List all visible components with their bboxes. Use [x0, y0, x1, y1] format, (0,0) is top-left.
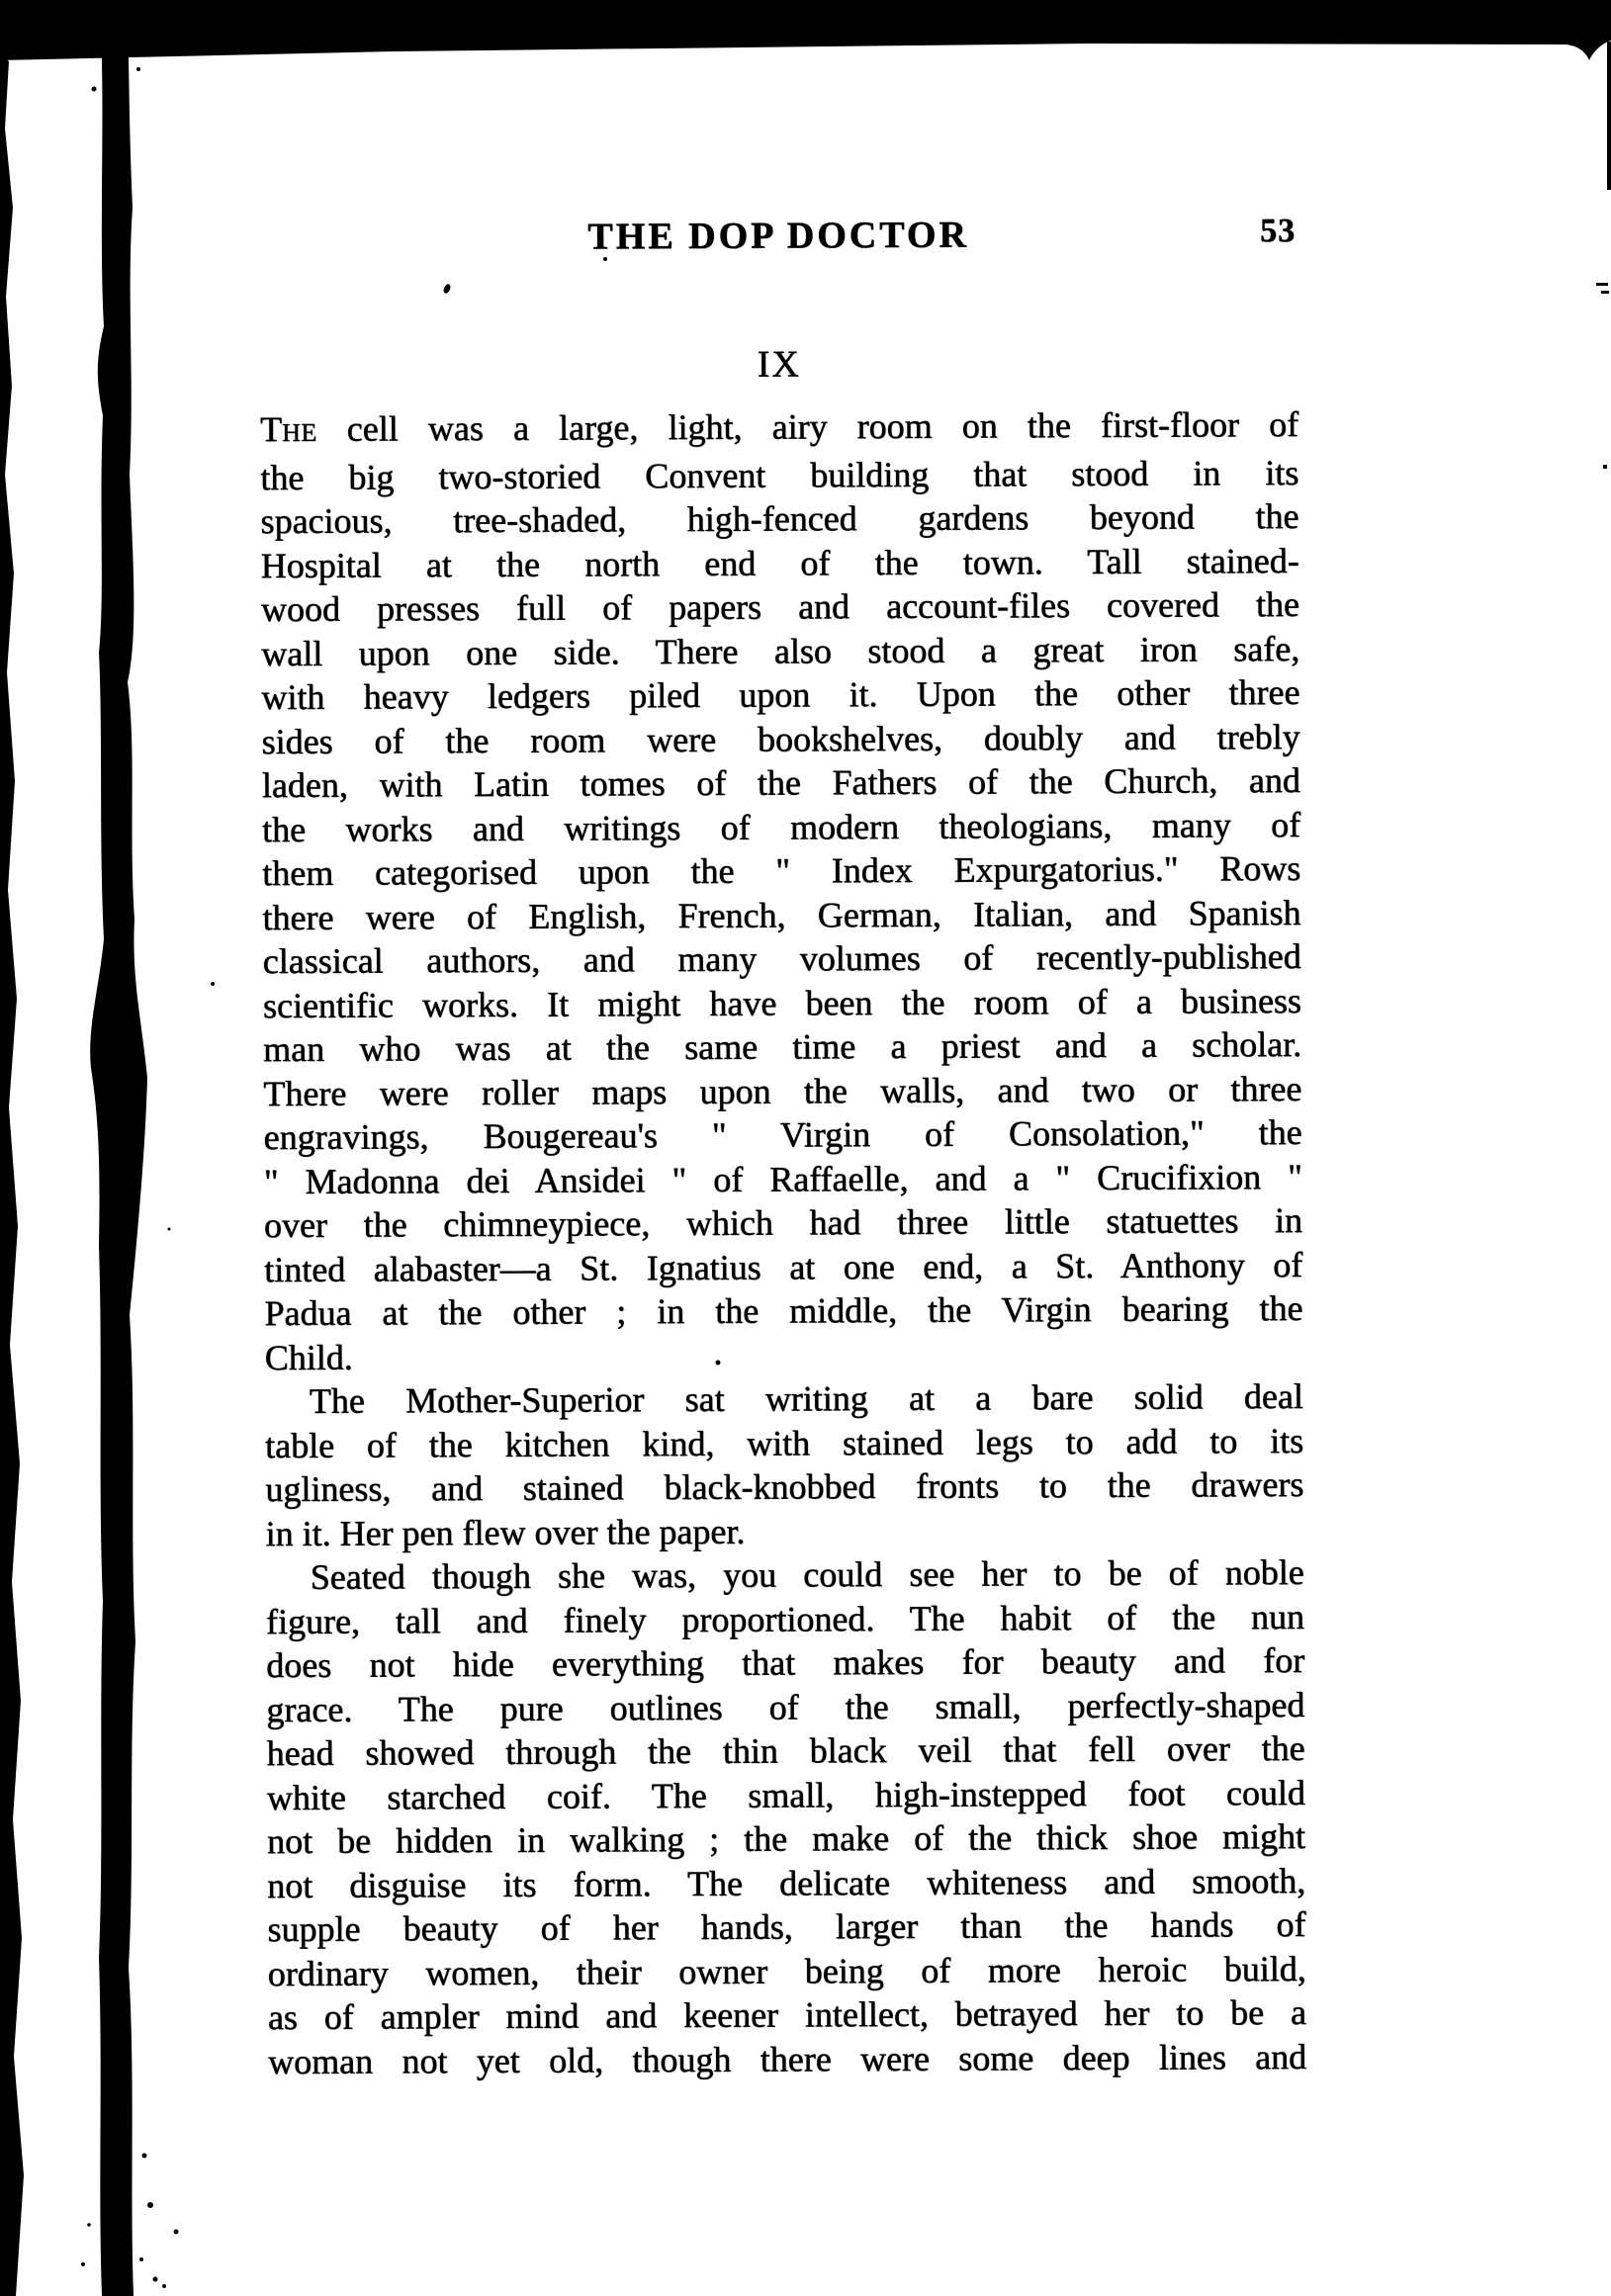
text-line: white starched coif. The small, high-ins… — [267, 1770, 1305, 1819]
scan-gutter-shadow — [90, 32, 147, 2296]
page-content: THE DOP DOCTOR 53 IX THE cell was a larg… — [258, 0, 1307, 2296]
page-number: 53 — [1260, 213, 1296, 250]
text-line: The Mother-Superior sat writing at a bar… — [265, 1374, 1303, 1424]
text-line: " Madonna dei Ansidei " of Raffaelle, an… — [264, 1154, 1302, 1203]
scanned-book-page: THE DOP DOCTOR 53 IX THE cell was a larg… — [0, 0, 1611, 2296]
text-line: table of the kitchen kind, with stained … — [265, 1418, 1303, 1467]
text-line: grace. The pure outlines of the small, p… — [266, 1682, 1304, 1731]
text-line: engravings, Bougereau's " Virgin of Cons… — [263, 1110, 1301, 1160]
text-line: the works and writings of modern theolog… — [262, 802, 1300, 851]
text-line: over the chimneypiece, which had three l… — [264, 1198, 1302, 1248]
text-line: ugliness, and stained black-knobbed fron… — [265, 1462, 1303, 1512]
text-line: woman not yet old, though there were som… — [268, 2034, 1306, 2083]
running-header: THE DOP DOCTOR 53 — [259, 212, 1298, 266]
text-line: Hospital at the north end of the town. T… — [261, 538, 1299, 587]
text-line: spacious, tree-shaded, high-fenced garde… — [260, 494, 1298, 544]
text-line: figure, tall and finely proportioned. Th… — [266, 1594, 1304, 1643]
running-header-title: THE DOP DOCTOR — [587, 214, 969, 259]
text-line: in it. Her pen flew over the paper. — [265, 1506, 1303, 1555]
text-line: classical authors, and many volumes of r… — [263, 934, 1301, 984]
text-line: supple beauty of her hands, larger than … — [267, 1902, 1305, 1952]
text-line: not be hidden in walking ; the make of t… — [267, 1814, 1305, 1864]
text-line: head showed through the thin black veil … — [266, 1726, 1304, 1776]
text-line: laden, with Latin tomes of the Fathers o… — [262, 758, 1300, 808]
smallcaps-lead-word: THE — [260, 409, 317, 449]
body-text: THE cell was a large, light, airy room o… — [260, 402, 1306, 2083]
text-line: wood presses full of papers and account-… — [261, 582, 1299, 632]
scan-right-edge-line — [1607, 42, 1611, 190]
text-line: sides of the room were bookshelves, doub… — [261, 714, 1299, 763]
text-line: ordinary women, their owner being of mor… — [268, 1946, 1306, 1995]
scan-left-edge — [0, 55, 24, 2296]
chapter-heading: IX — [260, 340, 1298, 389]
text-line: scientific works. It might have been the… — [263, 978, 1301, 1027]
text-line: THE cell was a large, light, airy room o… — [260, 402, 1298, 456]
text-line: the big two-storied Convent building tha… — [260, 450, 1298, 499]
scan-speckles — [81, 67, 166, 2288]
text-line: Child. — [265, 1330, 1303, 1379]
text-line: There were roller maps upon the walls, a… — [263, 1066, 1301, 1115]
text-line: not disguise its form. The delicate whit… — [267, 1858, 1305, 1907]
text-line: Seated though she was, you could see her… — [266, 1550, 1304, 1600]
text-line: does not hide everything that makes for … — [266, 1638, 1304, 1688]
text-line: tinted alabaster—a St. Ignatius at one e… — [264, 1242, 1302, 1291]
text-line: there were of English, French, German, I… — [262, 890, 1300, 939]
text-line: Padua at the other ; in the middle, the … — [264, 1286, 1302, 1336]
text-line: man who was at the same time a priest an… — [263, 1022, 1301, 1072]
text-line: them categorised upon the " Index Expurg… — [262, 846, 1300, 896]
text-line: wall upon one side. There also stood a g… — [261, 626, 1299, 675]
text-line: as of ampler mind and keener intellect, … — [268, 1990, 1306, 2040]
text-line: with heavy ledgers piled upon it. Upon t… — [261, 670, 1299, 720]
